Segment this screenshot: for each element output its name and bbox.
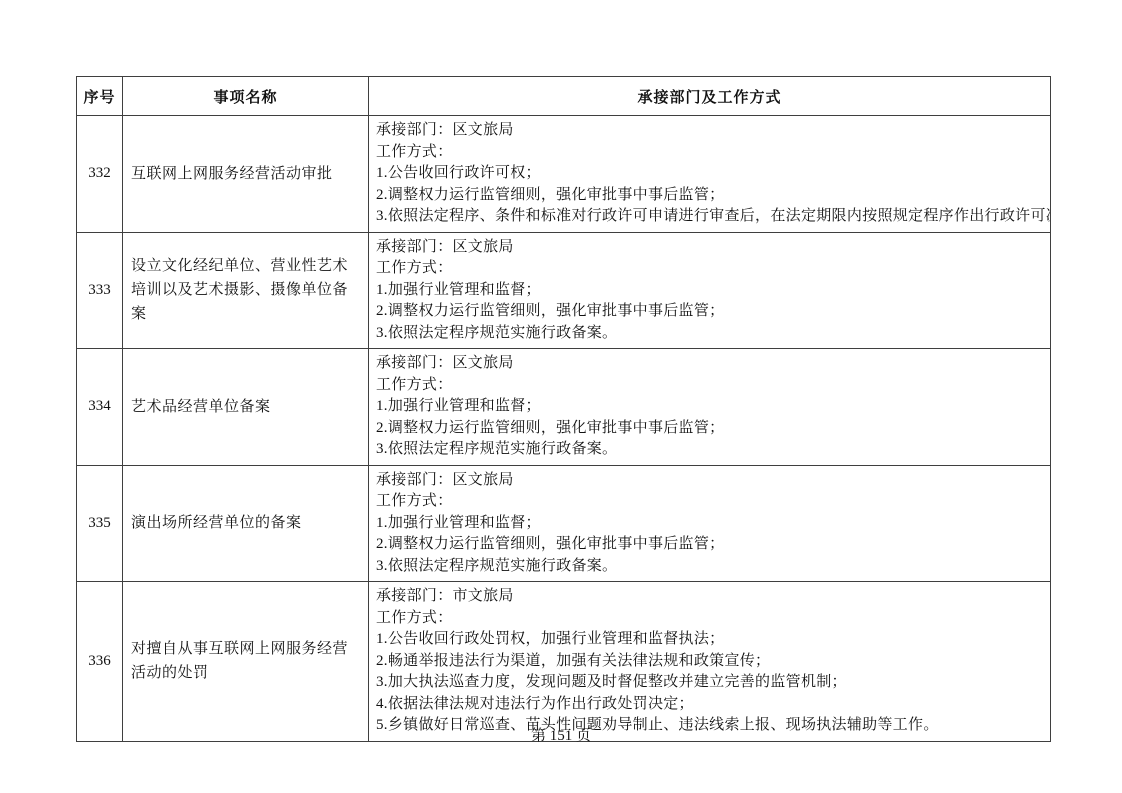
detail-line: 承接部门：区文旅局 [376,470,1044,492]
detail-line: 工作方式： [376,608,1044,630]
detail-line: 3.依照法定程序规范实施行政备案。 [376,439,1044,461]
detail-line: 2.调整权力运行监管细则，强化审批事中事后监管； [376,534,1044,556]
row-item-name: 对擅自从事互联网上网服务经营活动的处罚 [123,582,369,742]
detail-line: 1.加强行业管理和监督； [376,513,1044,535]
col-header-department-method: 承接部门及工作方式 [369,77,1051,116]
row-department-detail: 承接部门：区文旅局工作方式：1.加强行业管理和监督；2.调整权力运行监管细则，强… [369,232,1051,349]
row-item-name: 设立文化经纪单位、营业性艺术培训以及艺术摄影、摄像单位备案 [123,232,369,349]
table-row: 332 互联网上网服务经营活动审批 承接部门：区文旅局工作方式：1.公告收回行政… [77,116,1051,233]
detail-line: 承接部门：区文旅局 [376,120,1044,142]
row-item-name: 互联网上网服务经营活动审批 [123,116,369,233]
row-department-detail: 承接部门：区文旅局工作方式：1.加强行业管理和监督；2.调整权力运行监管细则，强… [369,465,1051,582]
detail-line: 承接部门：区文旅局 [376,237,1044,259]
detail-line: 工作方式： [376,375,1044,397]
row-department-detail: 承接部门：区文旅局工作方式：1.加强行业管理和监督；2.调整权力运行监管细则，强… [369,349,1051,466]
row-item-name: 演出场所经营单位的备案 [123,465,369,582]
row-department-detail: 承接部门：市文旅局工作方式：1.公告收回行政处罚权，加强行业管理和监督执法；2.… [369,582,1051,742]
detail-line: 3.依照法定程序规范实施行政备案。 [376,323,1044,345]
detail-line: 3.依照法定程序、条件和标准对行政许可申请进行审查后，在法定期限内按照规定程序作… [376,206,1044,228]
items-table: 序号 事项名称 承接部门及工作方式 332 互联网上网服务经营活动审批 承接部门… [76,76,1051,742]
row-item-name: 艺术品经营单位备案 [123,349,369,466]
detail-line: 承接部门：区文旅局 [376,353,1044,375]
detail-line: 2.调整权力运行监管细则，强化审批事中事后监管； [376,185,1044,207]
detail-line: 2.调整权力运行监管细则，强化审批事中事后监管； [376,418,1044,440]
row-serial-number: 332 [77,116,123,233]
row-serial-number: 335 [77,465,123,582]
table-row: 333 设立文化经纪单位、营业性艺术培训以及艺术摄影、摄像单位备案 承接部门：区… [77,232,1051,349]
detail-line: 3.加大执法巡查力度，发现问题及时督促整改并建立完善的监管机制； [376,672,1044,694]
detail-line: 1.公告收回行政许可权； [376,163,1044,185]
document-page: 序号 事项名称 承接部门及工作方式 332 互联网上网服务经营活动审批 承接部门… [0,0,1122,793]
detail-line: 2.畅通举报违法行为渠道，加强有关法律法规和政策宣传； [376,651,1044,673]
detail-line: 工作方式： [376,491,1044,513]
page-number: 第 151 页 [0,724,1122,745]
detail-line: 3.依照法定程序规范实施行政备案。 [376,556,1044,578]
table-row: 335 演出场所经营单位的备案 承接部门：区文旅局工作方式：1.加强行业管理和监… [77,465,1051,582]
row-serial-number: 333 [77,232,123,349]
table-row: 336 对擅自从事互联网上网服务经营活动的处罚 承接部门：市文旅局工作方式：1.… [77,582,1051,742]
detail-line: 工作方式： [376,142,1044,164]
col-header-item-name: 事项名称 [123,77,369,116]
detail-line: 2.调整权力运行监管细则，强化审批事中事后监管； [376,301,1044,323]
table-row: 334 艺术品经营单位备案 承接部门：区文旅局工作方式：1.加强行业管理和监督；… [77,349,1051,466]
row-serial-number: 334 [77,349,123,466]
row-department-detail: 承接部门：区文旅局工作方式：1.公告收回行政许可权；2.调整权力运行监管细则，强… [369,116,1051,233]
row-serial-number: 336 [77,582,123,742]
detail-line: 1.加强行业管理和监督； [376,280,1044,302]
detail-line: 4.依据法律法规对违法行为作出行政处罚决定； [376,694,1044,716]
col-header-serial: 序号 [77,77,123,116]
detail-line: 工作方式： [376,258,1044,280]
detail-line: 1.加强行业管理和监督； [376,396,1044,418]
detail-line: 1.公告收回行政处罚权，加强行业管理和监督执法； [376,629,1044,651]
detail-line: 承接部门：市文旅局 [376,586,1044,608]
header-row: 序号 事项名称 承接部门及工作方式 [77,77,1051,116]
